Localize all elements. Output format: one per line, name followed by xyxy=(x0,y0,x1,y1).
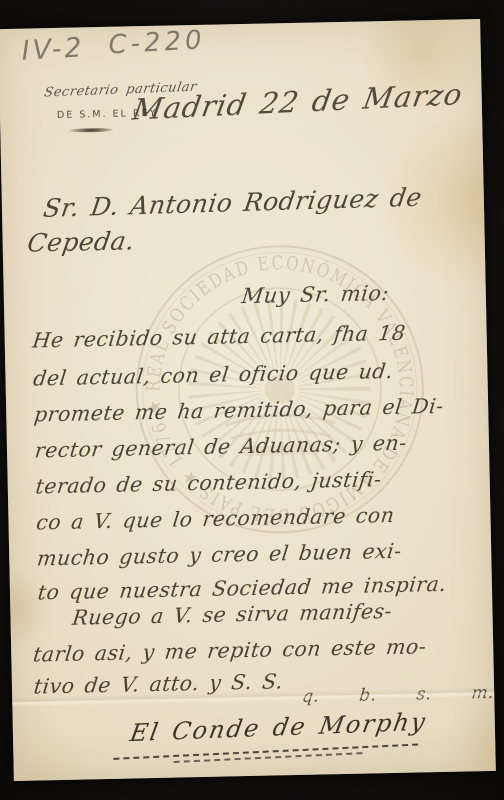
body-line: mucho gusto y creo el buen exi- xyxy=(36,539,403,571)
letterhead-flourish xyxy=(68,128,114,133)
archive-mark-left: IV-2 xyxy=(21,32,86,66)
signature-rubric-flourish xyxy=(113,744,418,770)
scan-background: { "archive_marks": { "left": "IV-2", "ri… xyxy=(0,0,504,800)
archive-mark-right: C-220 xyxy=(108,25,207,60)
closing-line: tarlo asi, y me repito con este mo- xyxy=(32,634,428,666)
recipient-line-1: Sr. D. Antonio Rodriguez de xyxy=(42,183,424,223)
letter-page: REAL SOCIEDAD ECONÓMICA VALENCIANA DE AM… xyxy=(0,19,496,781)
recipient-line-2: Cepeda. xyxy=(25,226,137,257)
sun-rays-icon xyxy=(224,333,336,445)
signature: El Conde de Morphy xyxy=(128,708,429,747)
closing-line: Ruego a V. se sirva manifes- xyxy=(71,599,394,630)
salutation: Muy Sr. mio: xyxy=(240,281,390,308)
